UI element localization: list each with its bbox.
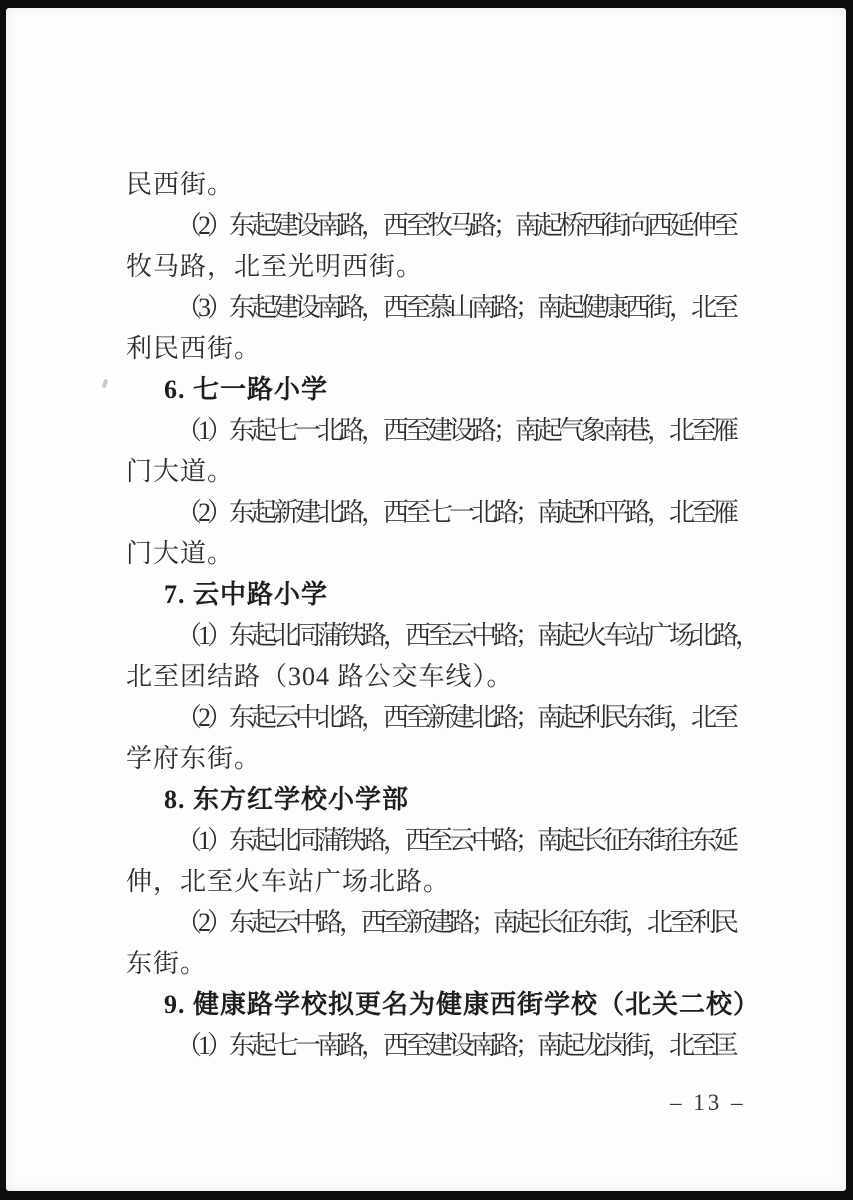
text-line: 牧马路，北至光明西街。 — [126, 246, 771, 287]
text-line: 北至团结路（304 路公交车线）。 — [126, 656, 771, 697]
text-line: 利民西街。 — [126, 328, 771, 369]
section-heading: 6. 七一路小学 — [126, 369, 771, 410]
text-line: （2）东起新建北路，西至七一北路；南起和平路，北至雁 — [126, 492, 771, 533]
text-line: 伸，北至火车站广场北路。 — [126, 861, 771, 902]
document-body: 民西街。（2）东起建设南路，西至牧马路；南起桥西街向西延伸至牧马路，北至光明西街… — [126, 164, 771, 1066]
text-line: （2）东起云中路，西至新建路；南起长征东街，北至利民 — [126, 902, 771, 943]
section-heading: 7. 云中路小学 — [126, 574, 771, 615]
text-line: 学府东街。 — [126, 738, 771, 779]
section-heading: 9. 健康路学校拟更名为健康西街学校（北关二校） — [126, 984, 771, 1025]
text-line: 门大道。 — [126, 451, 771, 492]
text-line: （1）东起北同蒲铁路，西至云中路；南起长征东街往东延 — [126, 820, 771, 861]
text-line: 门大道。 — [126, 533, 771, 574]
scanned-document-page: 民西街。（2）东起建设南路，西至牧马路；南起桥西街向西延伸至牧马路，北至光明西街… — [0, 0, 853, 1200]
text-line: 民西街。 — [126, 164, 771, 205]
text-line: （1）东起七一北路，西至建设路；南起气象南巷，北至雁 — [126, 410, 771, 451]
paper-sheet: 民西街。（2）东起建设南路，西至牧马路；南起桥西街向西延伸至牧马路，北至光明西街… — [6, 8, 846, 1191]
text-line: （2）东起建设南路，西至牧马路；南起桥西街向西延伸至 — [126, 205, 771, 246]
text-line: 东街。 — [126, 943, 771, 984]
text-line: （1）东起七一南路，西至建设南路；南起龙岗街，北至匡 — [126, 1025, 771, 1066]
text-line: （3）东起建设南路，西至慕山南路；南起健康西街，北至 — [126, 287, 771, 328]
text-line: （1）东起北同蒲铁路，西至云中路；南起火车站广场北路， — [126, 615, 771, 656]
section-heading: 8. 东方红学校小学部 — [126, 779, 771, 820]
page-number: – 13 – — [670, 1090, 746, 1116]
scan-artifact — [102, 379, 109, 389]
text-line: （2）东起云中北路，西至新建北路；南起利民东街，北至 — [126, 697, 771, 738]
